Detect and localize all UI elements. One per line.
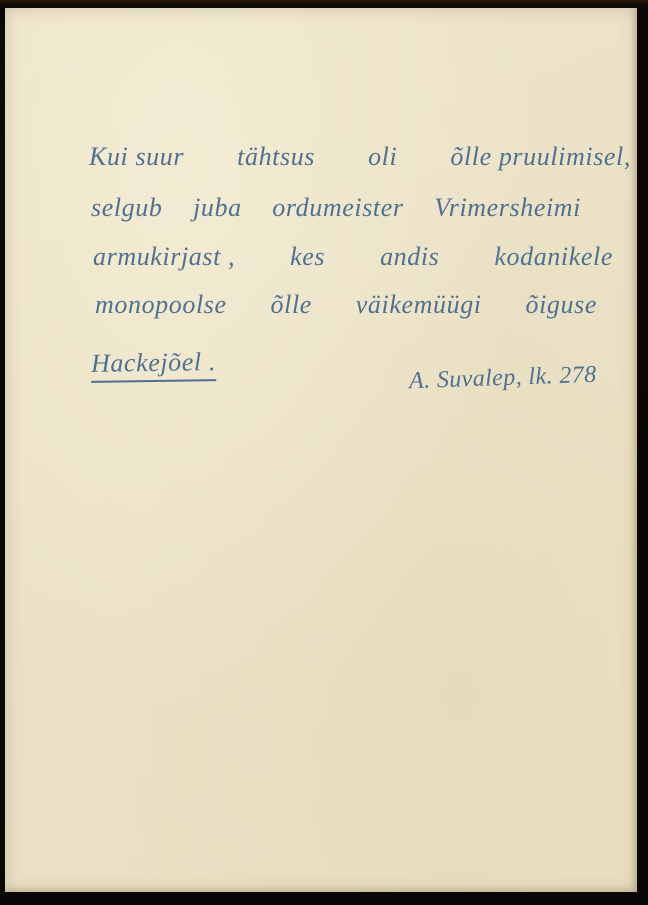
paper-page: Kui suurtähtsusoliõlle pruulimisel,selgu…: [5, 8, 637, 892]
handwriting-line: armukirjast ,kesandiskodanikele: [93, 244, 613, 270]
scan-background: Kui suurtähtsusoliõlle pruulimisel,selgu…: [0, 0, 648, 905]
attribution-line: A. Suvalep, lk. 278: [409, 363, 597, 394]
handwritten-word: andis: [380, 244, 439, 270]
handwritten-word: A. Suvalep, lk. 278: [409, 363, 597, 394]
handwritten-word: tähtsus: [237, 144, 315, 170]
handwritten-word: juba: [193, 195, 242, 221]
handwritten-word: kes: [290, 244, 325, 270]
handwritten-word: õlle: [271, 292, 312, 318]
handwriting-line: monopoolseõlleväikemüügiõiguse: [95, 292, 597, 318]
handwritten-word: väikemüügi: [356, 292, 482, 318]
handwriting-line: selgubjubaordumeisterVrimersheimi: [91, 195, 581, 221]
handwritten-word: oli: [368, 144, 397, 170]
handwritten-word: selgub: [91, 195, 162, 221]
handwritten-word: ordumeister: [272, 195, 403, 221]
handwritten-word: Kui suur: [89, 144, 184, 170]
handwritten-word: õlle pruulimisel,: [450, 144, 631, 170]
handwritten-word: monopoolse: [95, 292, 227, 318]
handwritten-word: Vrimersheimi: [434, 195, 581, 221]
handwriting-line: Hackejõel .: [91, 350, 216, 382]
handwritten-word: Hackejõel .: [91, 349, 216, 383]
handwritten-word: õiguse: [525, 292, 596, 318]
handwritten-word: armukirjast ,: [93, 244, 235, 270]
handwritten-word: kodanikele: [494, 244, 613, 270]
handwriting-line: Kui suurtähtsusoliõlle pruulimisel,: [89, 144, 631, 170]
